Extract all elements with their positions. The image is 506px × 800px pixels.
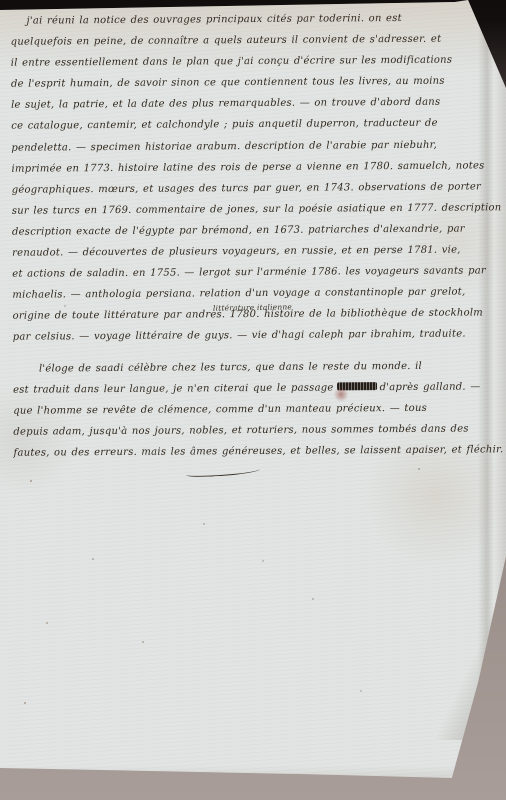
manuscript-photo: j'ai réuni la notice des ouvrages princi… [0, 0, 506, 800]
manuscript-line: est traduit dans leur langue, je n'en ci… [13, 376, 501, 401]
manuscript-line: pendeletta. — specimen historiae arabum.… [11, 134, 499, 159]
handwritten-text-block: j'ai réuni la notice des ouvrages princi… [10, 7, 501, 463]
crossed-out-word [337, 382, 377, 390]
interlinear-insertion: littérature italienne [213, 302, 292, 312]
end-flourish-line [186, 466, 260, 477]
manuscript-line: imprimée en 1773. histoire latine des ro… [11, 155, 499, 180]
manuscript-line: ce catalogue, cantemir, et calchondyle ;… [11, 113, 499, 138]
manuscript-line-segment: est traduit dans leur langue, je n'en ci… [13, 382, 334, 395]
manuscript-line-segment: d'après galland. — [380, 381, 481, 393]
paper-corner-crease [430, 560, 506, 740]
paper-sheet: j'ai réuni la notice des ouvrages princi… [0, 0, 506, 800]
manuscript-line: fautes, ou des erreurs. mais les âmes gé… [13, 439, 501, 464]
manuscript-line: par celsius. — voyage littéraire de guys… [13, 324, 501, 349]
foxing-specks [0, 0, 2, 2]
